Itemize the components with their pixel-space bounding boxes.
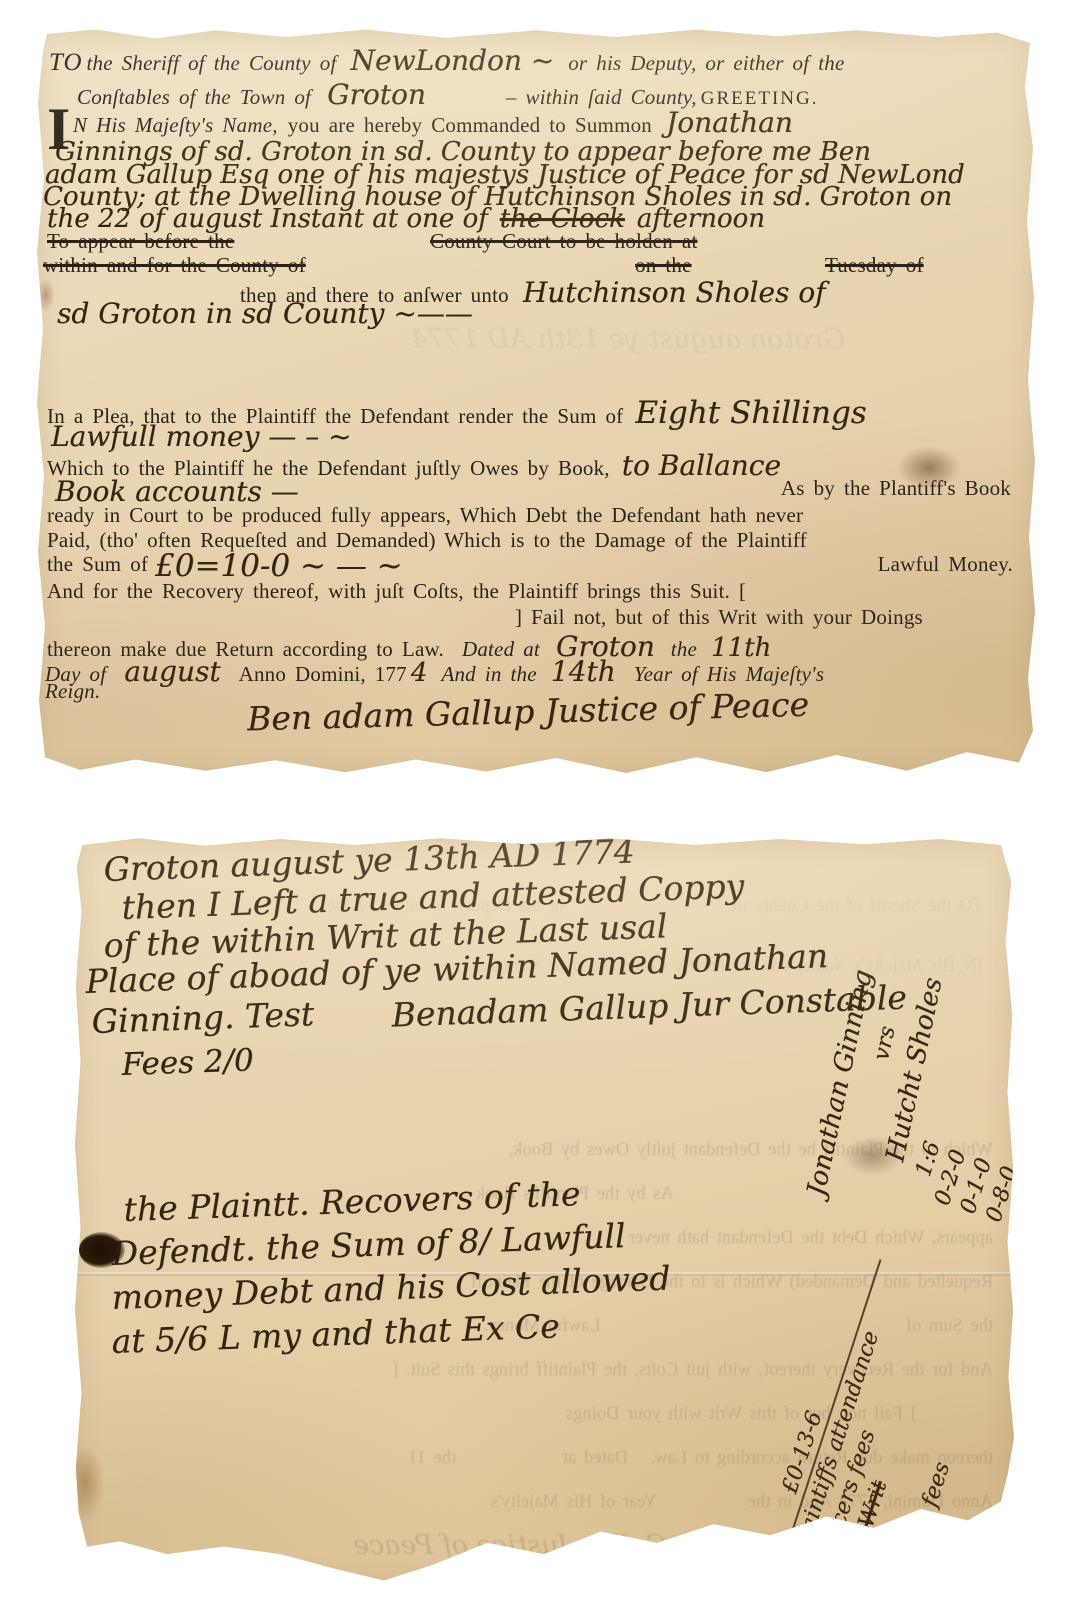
handwritten-text: £0=10-0 ~ — ~ bbox=[155, 549, 403, 583]
scanned-document-photo: { "colors": { "page_bg": "#ffffff", "pap… bbox=[0, 0, 1080, 1608]
printed-text: TO bbox=[49, 49, 83, 76]
stain bbox=[37, 278, 55, 312]
handwritten-text: august bbox=[124, 655, 220, 688]
handwritten-text: 4 bbox=[411, 658, 428, 688]
printed-text: ready in Court to be produced fully appe… bbox=[47, 503, 803, 527]
writ-front-content: Groton august ye 13th AD 1774 TO the She… bbox=[35, 28, 1037, 776]
signature-line: Ben adam Gallup Justice of Peace bbox=[247, 687, 810, 738]
mixed-line-anno-domini: Day of august Anno Domini, 177 4 And in … bbox=[45, 657, 824, 688]
printed-line-address: TO the Sheriff of the County of NewLondo… bbox=[49, 46, 844, 77]
justice-signature: Ben adam Gallup Justice of Peace bbox=[247, 685, 810, 739]
writ-front-paper: Groton august ye 13th AD 1774 TO the She… bbox=[35, 28, 1037, 776]
handwritten-text: NewLondon ~ bbox=[351, 44, 555, 77]
handwritten-text: Groton bbox=[327, 78, 426, 111]
printed-text: N His Majeſty's Name, bbox=[73, 113, 278, 137]
printed-text: the Sum of bbox=[47, 553, 148, 576]
judgment-line: at 5/6 L my and that Ex Ce bbox=[111, 1308, 560, 1360]
printed-text: And for the Recovery thereof, with juſt … bbox=[47, 579, 746, 603]
handwritten-text: Eight Shillings bbox=[635, 395, 866, 431]
printed-text-struck: within and for the County of bbox=[43, 254, 306, 277]
fees-line: Fees 2/0 bbox=[121, 1043, 254, 1082]
printed-line: And for the Recovery thereof, with juſt … bbox=[47, 580, 746, 603]
printed-text-struck: County Court to be holden at bbox=[430, 230, 698, 253]
printed-text: or his Deputy, or either of the bbox=[568, 51, 844, 75]
handwritten-text: Jonathan bbox=[666, 106, 793, 139]
printed-text: Anno Domini, 177 bbox=[239, 662, 407, 686]
ink-blot bbox=[79, 1232, 125, 1268]
writ-return-paper: TO the Sheriff of the County of or his D… bbox=[73, 836, 1015, 1588]
handwritten-text: Hutchinson Sholes of bbox=[523, 276, 826, 309]
printed-text-struck: on the bbox=[635, 254, 692, 277]
printed-text: Reign. bbox=[45, 679, 100, 703]
handwritten-text: Ginning. Test bbox=[91, 994, 315, 1041]
handwritten-text: Lawfull money — – ~ bbox=[51, 420, 351, 453]
account-label: Debt bbox=[865, 1521, 907, 1580]
printed-text: And in the bbox=[441, 662, 536, 686]
handwritten-line: sd Groton in sd County ~—— bbox=[57, 299, 473, 330]
printed-text: the Sheriff of the County of bbox=[87, 51, 337, 75]
printed-line: ] Fail not, but of this Writ with your D… bbox=[515, 606, 923, 629]
handwritten-text: Fees 2/0 bbox=[121, 1042, 254, 1083]
printed-line: Reign. bbox=[45, 680, 100, 703]
printed-text: Lawful Money. bbox=[878, 553, 1013, 576]
handwritten-text: sd Groton in sd County ~—— bbox=[57, 297, 473, 330]
printed-text: As by the Plantiff's Book bbox=[781, 477, 1011, 500]
writ-return-content: TO the Sheriff of the County of or his D… bbox=[73, 836, 1015, 1588]
printed-text: ] Fail not, but of this Writ with your D… bbox=[515, 605, 923, 629]
bleedthrough-line: Ben adam Gallup Justice of Peace bbox=[93, 1530, 813, 1561]
printed-text: Year of His Majeſty's bbox=[634, 662, 825, 686]
handwritten-text: 14th bbox=[551, 655, 616, 688]
printed-text: Conſtables of the Town of bbox=[77, 85, 311, 109]
printed-line: ready in Court to be produced fully appe… bbox=[47, 504, 803, 527]
printed-text-struck: Tuesday of bbox=[825, 254, 924, 277]
printed-text: you are hereby Commanded to Summon bbox=[288, 113, 652, 137]
stain bbox=[65, 1444, 105, 1522]
handwritten-line: Lawfull money — – ~ bbox=[51, 422, 351, 453]
constable-signature: Benadam Gallup Jur Constable bbox=[391, 980, 907, 1034]
printed-line-summon: N His Majeſty's Name, you are hereby Com… bbox=[73, 108, 793, 139]
printed-text-struck: To appear before the bbox=[47, 230, 234, 253]
handwritten-text: to Ballance bbox=[622, 449, 781, 482]
